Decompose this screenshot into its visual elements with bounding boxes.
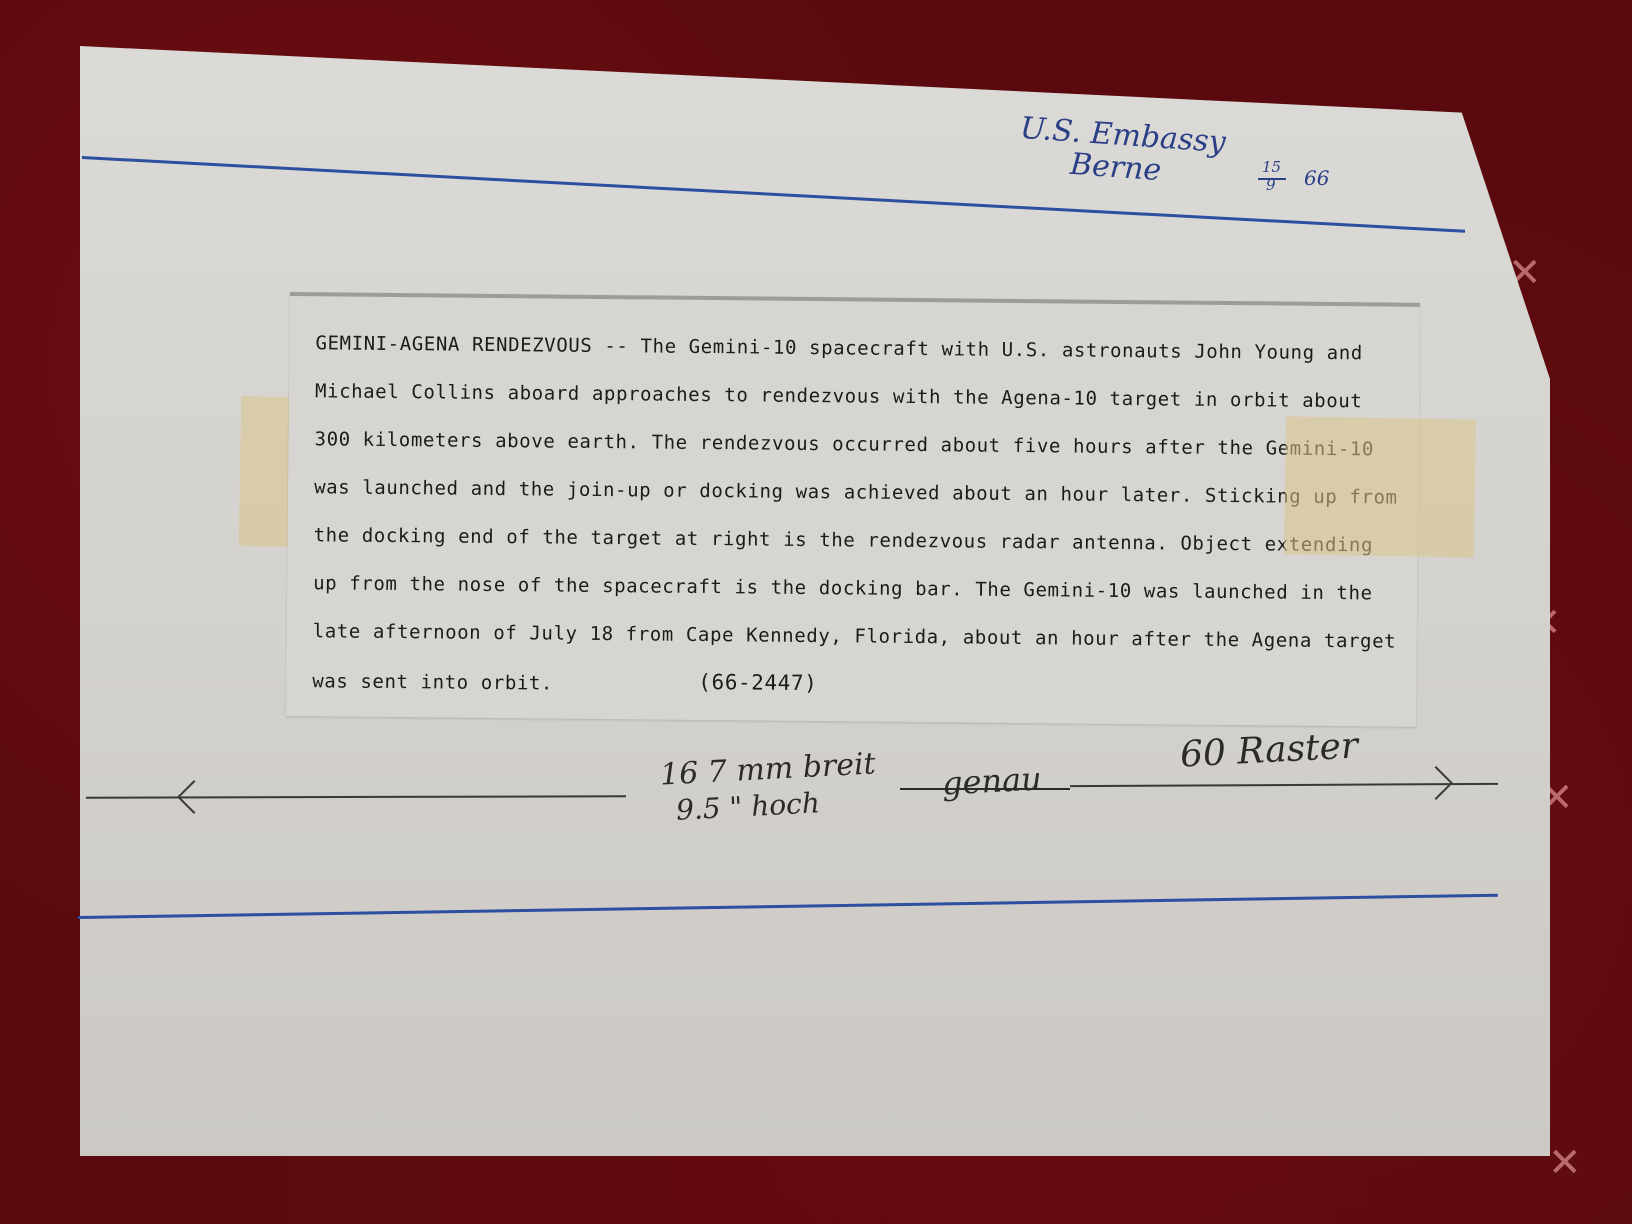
struck-annotation: genau xyxy=(941,759,1043,802)
tape-right xyxy=(1284,416,1476,557)
caption-line: up from the nose of the spacecraft is th… xyxy=(313,572,1373,604)
typed-caption: GEMINI-AGENA RENDEZVOUS -- The Gemini-10… xyxy=(286,292,1420,727)
date-annotation: 15 9 66 xyxy=(1258,158,1277,194)
fabric-x-mark: ✕ xyxy=(1548,1140,1582,1186)
reference-number: (66-2447) xyxy=(698,670,817,695)
date-day: 15 xyxy=(1262,158,1281,176)
caption-line: Michael Collins aboard approaches to ren… xyxy=(315,380,1363,412)
caption-line: late afternoon of July 18 from Cape Kenn… xyxy=(313,620,1397,652)
caption-line: 300 kilometers above earth. The rendezvo… xyxy=(314,428,1374,460)
date-month: 9 xyxy=(1266,176,1285,194)
caption-line: was sent into orbit. xyxy=(312,670,553,694)
caption-line: was launched and the join-up or docking … xyxy=(314,476,1398,508)
caption-line: the docking end of the target at right i… xyxy=(314,524,1374,556)
city-annotation: Berne xyxy=(1069,147,1162,188)
date-year: 66 xyxy=(1304,166,1329,190)
caption-line: GEMINI-AGENA RENDEZVOUS -- The Gemini-10… xyxy=(315,332,1363,364)
strikethrough-line xyxy=(900,788,1070,790)
